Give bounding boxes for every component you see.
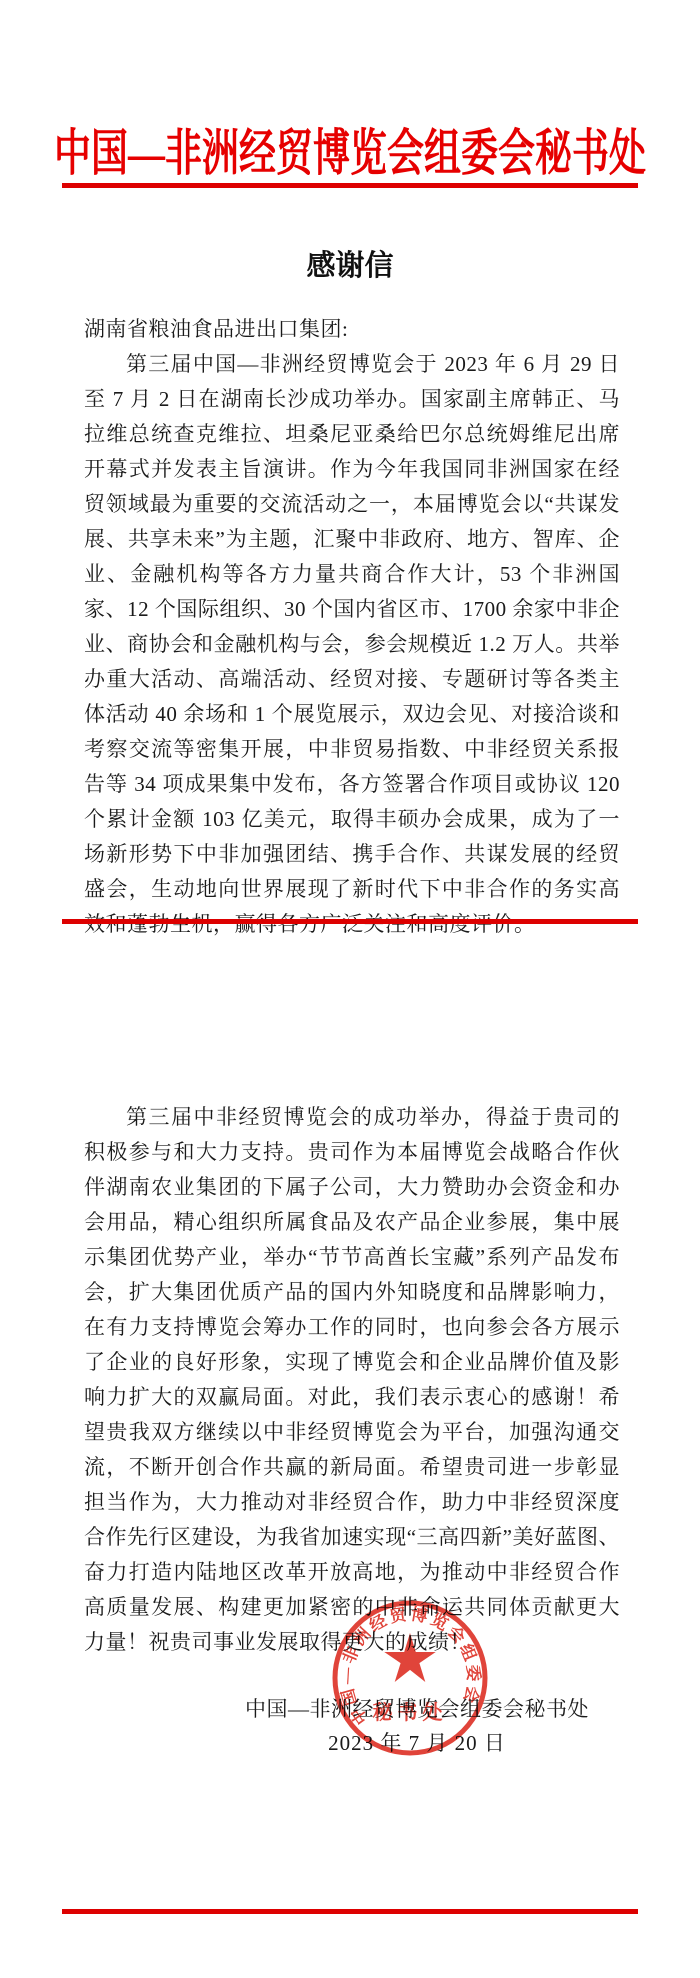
paragraph-2: 第三届中非经贸博览会的成功举办，得益于贵司的积极参与和大力支持。贵司作为本届博览… xyxy=(84,1100,620,1660)
letterhead-org-title: 中国—非洲经贸博览会组委会秘书处 xyxy=(0,112,700,185)
page-bottom-divider-line xyxy=(62,1909,638,1914)
signature-date: 2023 年 7 月 20 日 xyxy=(328,1726,506,1761)
signature-org-name: 中国—非洲经贸博览会组委会秘书处 xyxy=(245,1692,589,1727)
salutation: 湖南省粮油食品进出口集团: xyxy=(84,312,620,347)
letter-document: 中国—非洲经贸博览会组委会秘书处 感谢信 湖南省粮油食品进出口集团: 第三届中国… xyxy=(0,0,700,1978)
letter-title: 感谢信 xyxy=(0,243,700,284)
paragraph-1: 第三届中国—非洲经贸博览会于 2023 年 6 月 29 日至 7 月 2 日在… xyxy=(84,347,620,942)
page-break-divider-line xyxy=(62,919,638,924)
letterhead-divider-line xyxy=(62,183,638,188)
